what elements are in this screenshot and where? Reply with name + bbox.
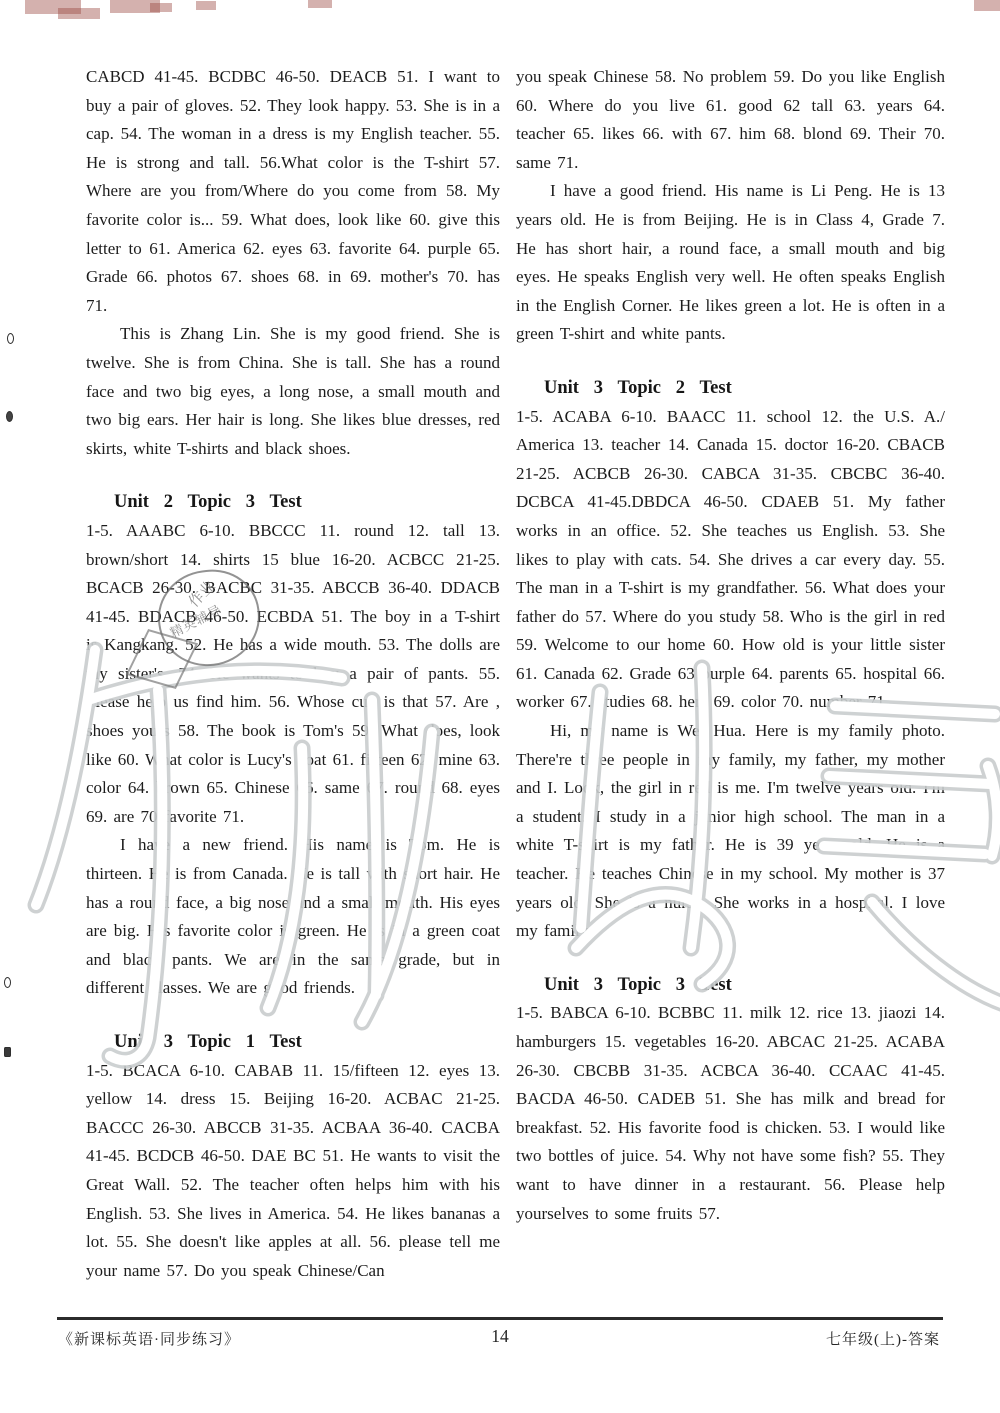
margin-speck xyxy=(4,977,11,988)
footer-book-title: 《新课标英语·同步练习》 xyxy=(58,1328,240,1349)
answers-paragraph: 1-5. ACABA 6-10. BAACC 11. school 12. th… xyxy=(516,403,945,718)
answers-paragraph: CABCD 41-45. BCDBC 46-50. DEACB 51. I wa… xyxy=(86,63,500,320)
footer-rule xyxy=(57,1317,943,1320)
section-heading-unit2-topic3: Unit 2 Topic 3 Test xyxy=(86,488,500,517)
top-scan-mark xyxy=(196,1,216,10)
margin-speck xyxy=(4,1047,11,1057)
answers-paragraph: 1-5. BABCA 6-10. BCBBC 11. milk 12. rice… xyxy=(516,999,945,1228)
answers-paragraph: 1-5. BCACA 6-10. CABAB 11. 15/fifteen 12… xyxy=(86,1057,500,1286)
right-column: you speak Chinese 58. No problem 59. Do … xyxy=(516,63,945,1228)
footer-grade-label: 七年级(上)-答案 xyxy=(826,1328,940,1349)
scanned-answer-page: CABCD 41-45. BCDBC 46-50. DEACB 51. I wa… xyxy=(0,0,1000,1413)
narrative-paragraph-wei-hua: Hi, my name is Wei Hua. Here is my famil… xyxy=(516,717,945,946)
margin-speck xyxy=(6,411,13,422)
margin-speck xyxy=(7,333,14,344)
section-heading-unit3-topic3: Unit 3 Topic 3 Test xyxy=(516,971,945,1000)
top-scan-mark xyxy=(308,0,332,8)
answers-paragraph: you speak Chinese 58. No problem 59. Do … xyxy=(516,63,945,177)
narrative-paragraph-zhang-lin: This is Zhang Lin. She is my good friend… xyxy=(86,320,500,463)
section-heading-unit3-topic1: Unit 3 Topic 1 Test xyxy=(86,1028,500,1057)
footer: 《新课标英语·同步练习》 14 七年级(上)-答案 xyxy=(0,1326,1000,1356)
footer-page-number: 14 xyxy=(470,1326,530,1347)
narrative-paragraph-li-peng: I have a good friend. His name is Li Pen… xyxy=(516,177,945,349)
top-scan-mark xyxy=(150,3,172,12)
top-scan-mark xyxy=(974,0,1000,11)
top-scan-mark xyxy=(58,8,100,19)
section-heading-unit3-topic2: Unit 3 Topic 2 Test xyxy=(516,374,945,403)
narrative-paragraph-tom: I have a new friend. His name is Tom. He… xyxy=(86,831,500,1003)
